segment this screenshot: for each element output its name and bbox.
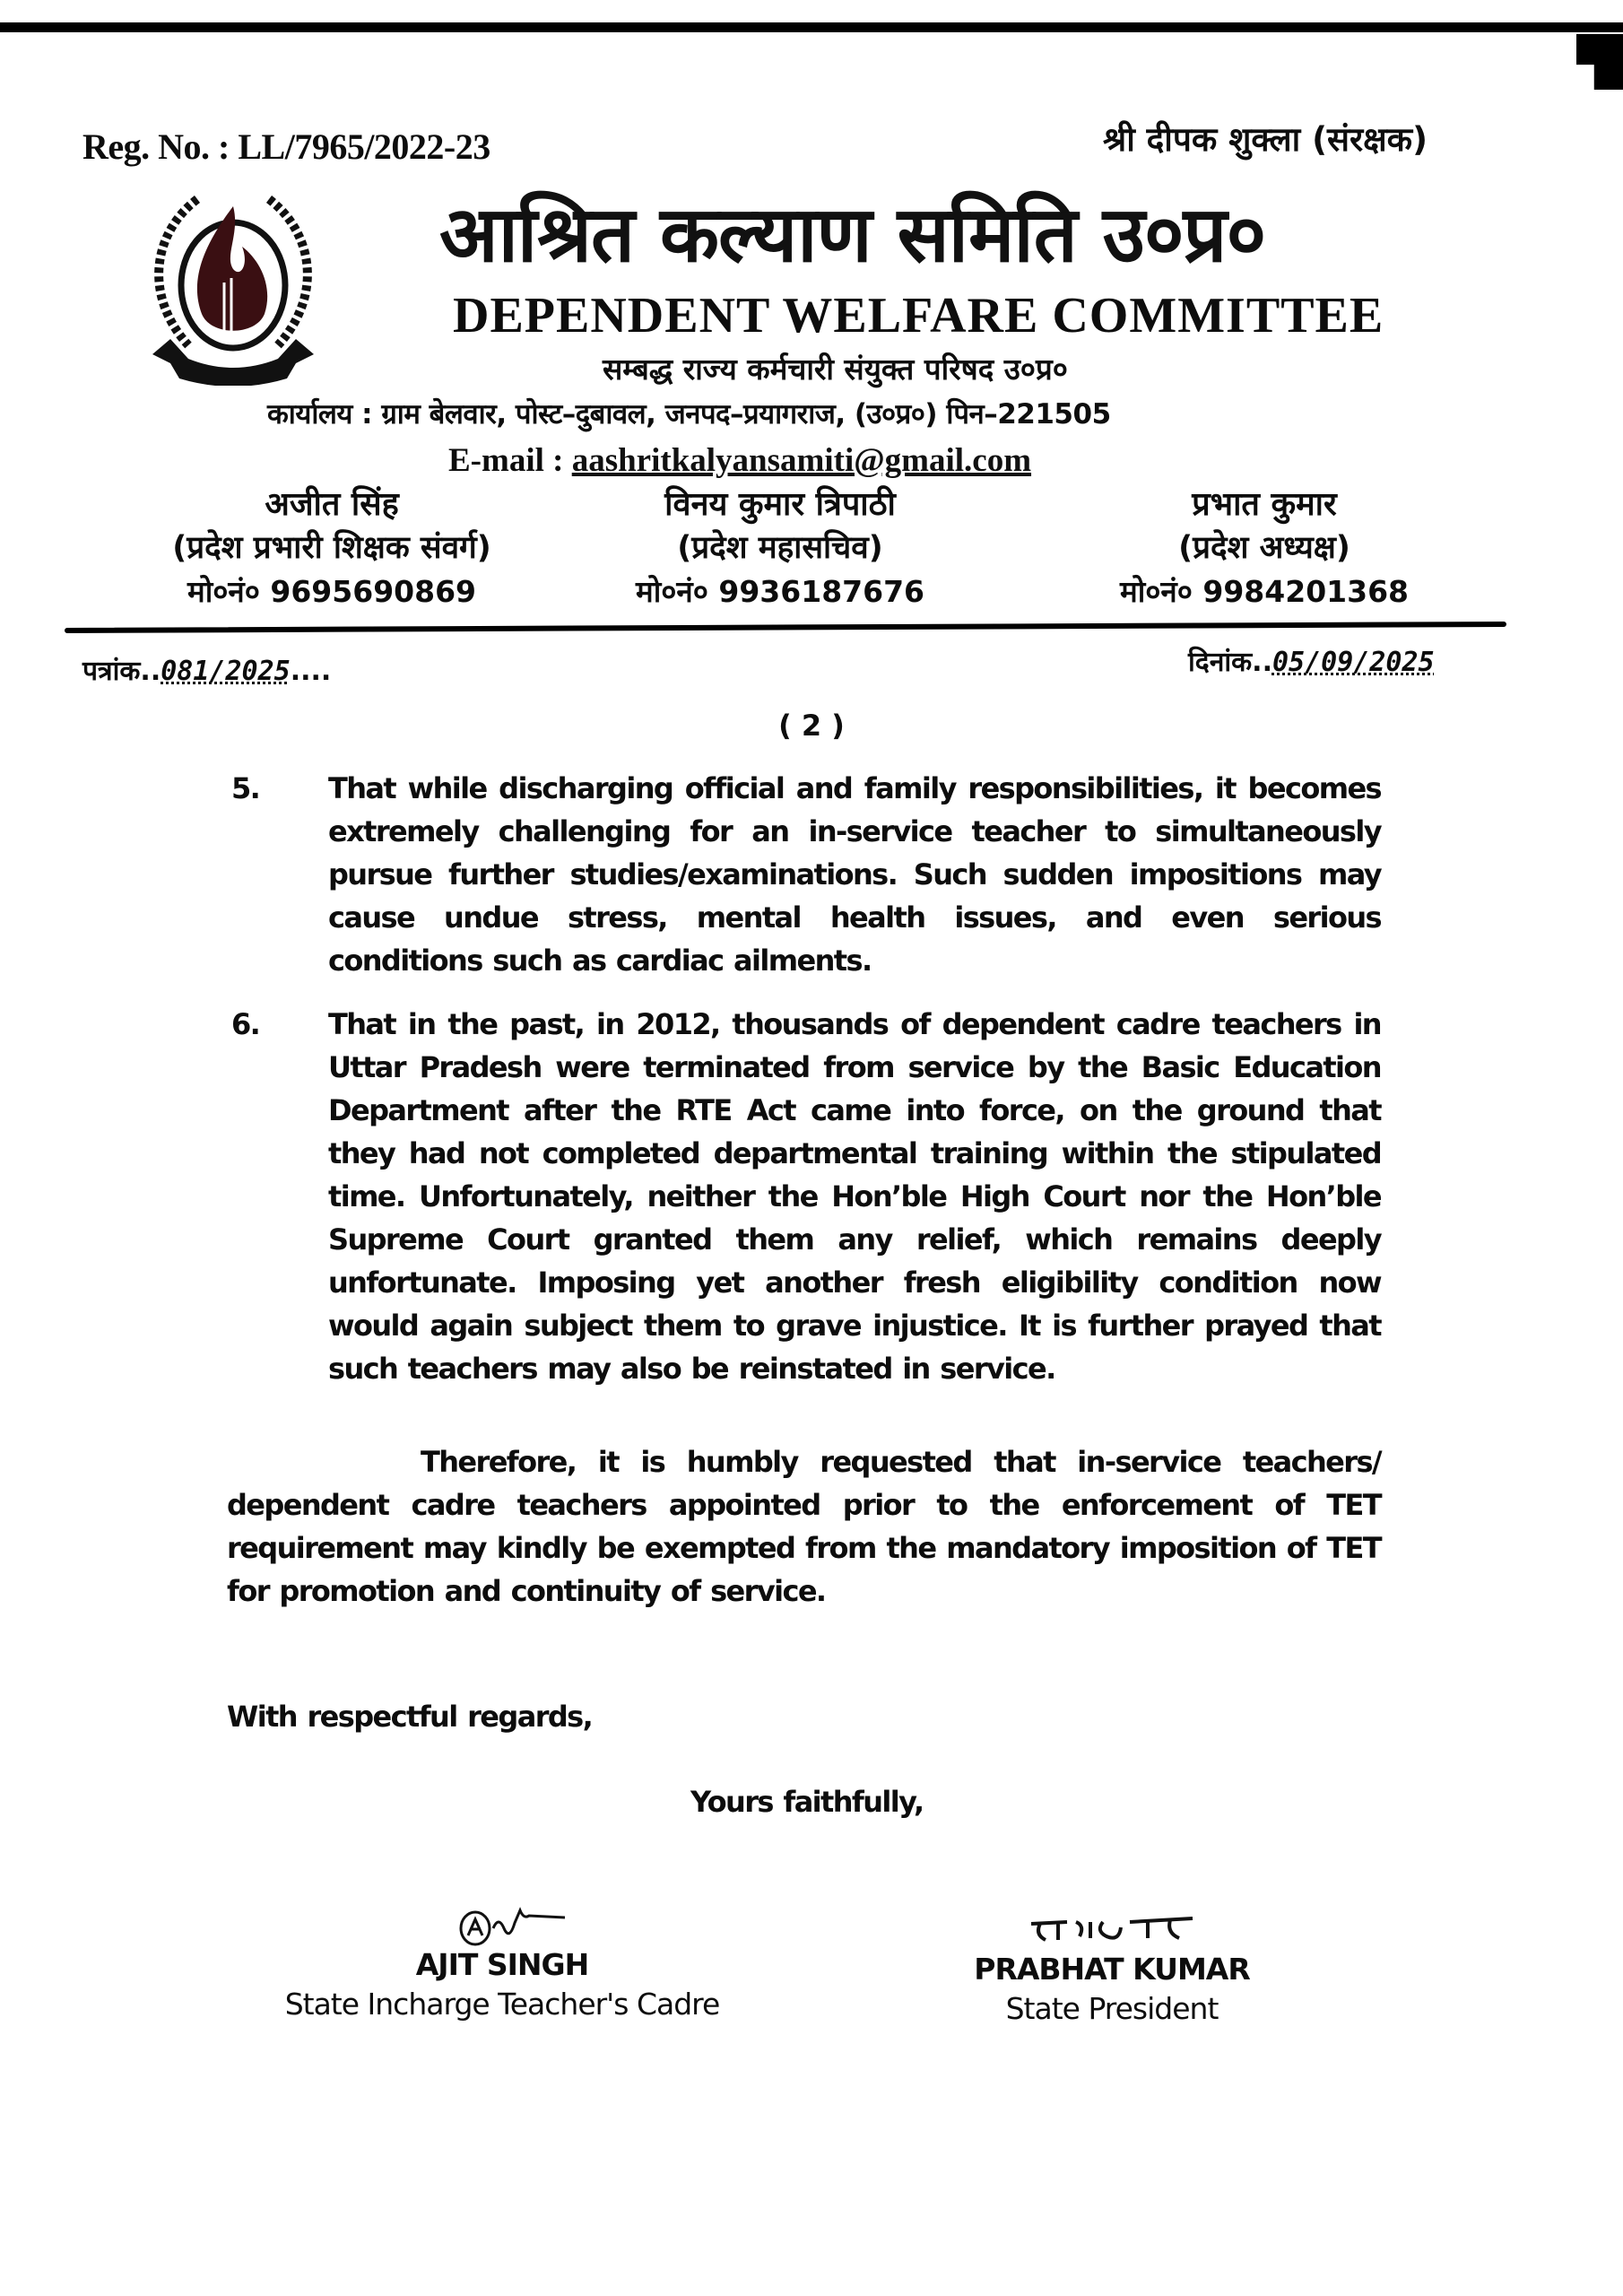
scan-corner-mark: [1576, 34, 1623, 90]
officer-name: विनय कुमार त्रिपाठी: [574, 484, 986, 526]
letter-date: दिनांक..05/09/2025: [1188, 642, 1435, 679]
request-paragraph: Therefore, it is humbly requested that i…: [227, 1440, 1381, 1613]
affiliation-line: सम्बद्ध राज्य कर्मचारी संयुक्त परिषद उ०प…: [603, 348, 1068, 388]
date-label: दिनांक: [1188, 647, 1252, 678]
officer-name: प्रभात कुमार: [1058, 484, 1471, 526]
organization-name-hindi: आश्रित कल्याण समिति उ०प्र०: [439, 179, 1265, 284]
top-border-rule: [0, 22, 1623, 32]
paragraph-number: 6.: [231, 1003, 259, 1046]
officer-name: अजीत सिंह: [108, 484, 556, 526]
organization-name-english: DEPENDENT WELFARE COMMITTEE: [453, 287, 1384, 344]
email-link[interactable]: aashritkalyansamiti@gmail.com: [572, 442, 1031, 479]
signatory-title: State Incharge Teacher's Cadre: [269, 1984, 735, 2025]
registration-number: Reg. No. : LL/7965/2022-23: [82, 126, 490, 168]
signature-prabhat-kumar: PRABHAT KUMAR State President: [933, 1906, 1291, 2030]
officer-state-incharge: अजीत सिंह (प्रदेश प्रभारी शिक्षक संवर्ग)…: [108, 484, 556, 613]
closing-faithfully: Yours faithfully,: [690, 1780, 924, 1823]
reference-label: पत्रांक: [82, 656, 140, 687]
signatory-title: State President: [933, 1988, 1291, 2030]
office-address: कार्यालय : ग्राम बेलवार, पोस्ट–दुबावल, ज…: [267, 395, 1111, 432]
signatory-name: PRABHAT KUMAR: [933, 1951, 1291, 1988]
reference-number: पत्रांक..081/2025....: [82, 651, 331, 688]
signature-ajit-singh: AJIT SINGH State Incharge Teacher's Cadr…: [269, 1901, 735, 2025]
officer-role: (प्रदेश अध्यक्ष): [1058, 526, 1471, 570]
officer-phone: मो०नं० 9936187676: [574, 570, 986, 613]
email-label: E-mail :: [448, 442, 572, 479]
closing-regards: With respectful regards,: [227, 1695, 592, 1738]
officer-role: (प्रदेश प्रभारी शिक्षक संवर्ग): [108, 526, 556, 570]
email-line: E-mail : aashritkalyansamiti@gmail.com: [448, 441, 1031, 480]
officer-role: (प्रदेश महासचिव): [574, 526, 986, 570]
date-value: 05/09/2025: [1272, 647, 1435, 678]
officers-row: अजीत सिंह (प्रदेश प्रभारी शिक्षक संवर्ग)…: [54, 484, 1533, 637]
paragraph-number: 5.: [231, 767, 259, 810]
paragraph-text: That in the past, in 2012, thousands of …: [328, 1003, 1381, 1390]
officer-phone: मो०नं० 9695690869: [108, 570, 556, 613]
page-number: ( 2 ): [0, 709, 1623, 743]
officer-president: प्रभात कुमार (प्रदेश अध्यक्ष) मो०नं० 998…: [1058, 484, 1471, 613]
officer-phone: मो०नं० 9984201368: [1058, 570, 1471, 613]
handwritten-signature-icon: [269, 1901, 735, 1946]
handwritten-signature-icon: [933, 1906, 1291, 1951]
flame-wreath-emblem-icon: [135, 179, 332, 386]
patron-name: श्री दीपक शुक्ला (संरक्षक): [1103, 115, 1428, 161]
signatory-name: AJIT SINGH: [269, 1946, 735, 1984]
officer-general-secretary: विनय कुमार त्रिपाठी (प्रदेश महासचिव) मो०…: [574, 484, 986, 613]
reference-value: 081/2025: [161, 656, 291, 687]
paragraph-text: That while discharging official and fami…: [328, 767, 1381, 982]
